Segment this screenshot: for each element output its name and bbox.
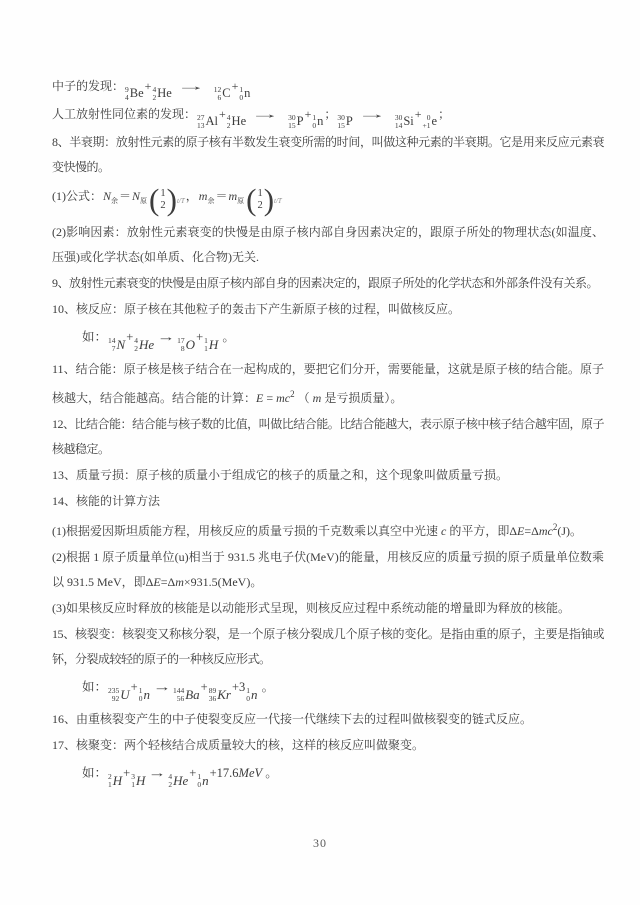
element-symbol: H bbox=[209, 338, 218, 351]
element-symbol: N bbox=[117, 338, 126, 351]
math-variable: MeV bbox=[239, 766, 263, 780]
nuclide-prescripts: 8936 bbox=[209, 687, 217, 702]
atomic-number: 7 bbox=[112, 345, 116, 353]
cjk-subscript: 原 bbox=[140, 197, 147, 205]
text-run: 。 bbox=[219, 330, 235, 344]
text-run: =Δ bbox=[524, 524, 538, 538]
para-16-chain-reaction: 16、由重核裂变产生的中子使裂变反应一代接一代继续下去的过程叫做核裂变的链式反应… bbox=[52, 707, 604, 732]
para-15-fission: 15、核裂变：核裂变又称核分裂，是一个原子核分裂成几个原子核的变化。是指由重的原… bbox=[52, 622, 604, 672]
document-page: 中子的发现：94Be+42He→126C+10n人工放射性同位素的发现：2713… bbox=[0, 0, 640, 905]
element-symbol: O bbox=[186, 338, 195, 351]
numerator: 1 bbox=[160, 188, 165, 200]
text-run: ， bbox=[186, 189, 198, 203]
text-run: +3 bbox=[232, 680, 245, 694]
text-run: 8、半衰期：放射性元素的原子核有半数发生衰变所需的时间，叫做这种元素的半衰期。它… bbox=[52, 135, 604, 174]
nuclide-prescripts: 23592 bbox=[108, 687, 119, 702]
long-arrow-icon: → bbox=[357, 102, 437, 127]
nuclide-al: 2713Al bbox=[197, 114, 218, 129]
nuclide-prescripts: 31 bbox=[131, 773, 135, 788]
close-paren: ) bbox=[167, 185, 177, 214]
open-paren: ( bbox=[246, 185, 256, 214]
nuclide-prescripts: 42 bbox=[134, 337, 138, 352]
denominator: 2 bbox=[257, 200, 262, 212]
text-run: + bbox=[126, 330, 133, 344]
cjk-subscript: 余 bbox=[111, 197, 118, 205]
atomic-number: 36 bbox=[209, 695, 217, 703]
nuclide-prescripts: 21 bbox=[108, 773, 112, 788]
text-run: 14、核能的计算方法 bbox=[52, 494, 160, 508]
nuclide-prescripts: 10 bbox=[197, 773, 201, 788]
atomic-number: 4 bbox=[125, 94, 129, 102]
element-symbol: Be bbox=[130, 87, 144, 100]
text-run: (J)。 bbox=[557, 524, 582, 538]
close-paren: ) bbox=[264, 185, 274, 214]
subscripted-variable: m余 bbox=[199, 184, 215, 214]
nuclide-prescripts: 94 bbox=[125, 86, 129, 101]
nuclide-n: 10n bbox=[139, 687, 150, 702]
eq-fission-example: 如：23592U+10n→14456Ba+8936Kr+310n 。 bbox=[82, 675, 604, 702]
math-variable: E bbox=[153, 575, 160, 589]
para-artificial-isotope-discovery: 人工放射性同位素的发现：2713Al+42He→3015P+10n；3015P→… bbox=[52, 102, 604, 129]
text-run: (1)公式： bbox=[52, 189, 102, 203]
math-variable: N bbox=[103, 189, 111, 203]
nuclide-prescripts: 42 bbox=[227, 114, 231, 129]
nuclide-prescripts: 42 bbox=[152, 86, 156, 101]
long-arrow-icon: → bbox=[250, 102, 330, 127]
math-variable: m bbox=[175, 575, 184, 589]
text-run: 16、由重核裂变产生的中子使裂变反应一代接一代继续下去的过程叫做核裂变的链式反应… bbox=[52, 712, 532, 726]
text-run: + bbox=[189, 766, 196, 780]
text-run: + bbox=[145, 79, 152, 93]
text-run: 13、质量亏损：原子核的质量小于组成它的核子的质量之和，这个现象叫做质量亏损。 bbox=[52, 468, 508, 482]
nuclide-h: 31H bbox=[131, 773, 145, 788]
one-half-fraction: 12 bbox=[256, 188, 263, 211]
text-run: 如： bbox=[82, 680, 107, 694]
text-run: 15、核裂变：核裂变又称核分裂，是一个原子核分裂成几个原子核的变化。是指由重的原… bbox=[52, 627, 604, 666]
atomic-number: 2 bbox=[227, 122, 231, 130]
atomic-number: 2 bbox=[152, 94, 156, 102]
arrow-icon: → bbox=[148, 761, 173, 786]
nuclide-p: 3015P bbox=[337, 114, 352, 129]
atomic-number: 1 bbox=[204, 345, 208, 353]
text-run: 中子的发现： bbox=[52, 79, 124, 93]
nuclide-prescripts: 147 bbox=[108, 337, 116, 352]
nuclide-prescripts: 10 bbox=[139, 687, 143, 702]
eq-fusion-example: 如：21H+31H→42He+10n+17.6MeV 。 bbox=[82, 761, 604, 788]
nuclide-prescripts: 11 bbox=[204, 337, 208, 352]
nuclide-h: 11H bbox=[204, 337, 218, 352]
math-variable: mc bbox=[539, 524, 553, 538]
element-symbol: n bbox=[251, 688, 258, 701]
element-symbol: H bbox=[136, 774, 145, 787]
numerator: 1 bbox=[257, 188, 262, 200]
text-run: =Δ bbox=[161, 575, 175, 589]
para-10-nuclear-reaction: 10、核反应：原子核在其他粒子的轰击下产生新原子核的过程，叫做核反应。 bbox=[52, 297, 604, 322]
text-run: 9、放射性元素衰变的快慢是由原子核内部自身的因素决定的，跟原子所处的化学状态和外… bbox=[52, 276, 598, 290]
nuclide-prescripts: 2713 bbox=[197, 114, 205, 129]
subscripted-variable: N余 bbox=[103, 184, 118, 214]
text-run: 如： bbox=[82, 766, 107, 780]
nuclide-prescripts: 10 bbox=[246, 687, 250, 702]
text-run: (2)根据 1 原子质量单位(u)相当于 931.5 兆电子伏(MeV)的能量，… bbox=[52, 550, 604, 589]
one-half-fraction: 12 bbox=[159, 188, 166, 211]
math-variable: mc bbox=[276, 391, 290, 405]
document-body: 中子的发现：94Be+42He→126C+10n人工放射性同位素的发现：2713… bbox=[52, 74, 604, 793]
atomic-number: 92 bbox=[112, 695, 120, 703]
nuclide-he: 42He bbox=[134, 337, 154, 352]
atomic-number: 0 bbox=[197, 781, 201, 789]
nuclide-h: 21H bbox=[108, 773, 122, 788]
nuclide-he: 42He bbox=[227, 114, 246, 129]
element-symbol: He bbox=[157, 87, 172, 100]
text-run: ×931.5(MeV)。 bbox=[184, 575, 262, 589]
text-run: 17、核聚变：两个轻核结合成质量较大的核，这样的核反应叫做聚变。 bbox=[52, 738, 424, 752]
cjk-subscript: 余 bbox=[207, 197, 214, 205]
para-neutron-discovery: 中子的发现：94Be+42He→126C+10n bbox=[52, 74, 604, 101]
text-run: + bbox=[196, 330, 203, 344]
math-variable: N bbox=[132, 189, 140, 203]
text-run: (3)如果核反应时释放的核能是以动能形式呈现，则核反应过程中系统动能的增量即为释… bbox=[52, 601, 570, 615]
nuclide-n: 147N bbox=[108, 337, 125, 352]
element-symbol: Al bbox=[206, 115, 219, 128]
text-run: 。 bbox=[259, 680, 275, 694]
half-power-expression: (12)t/T bbox=[246, 185, 282, 214]
element-symbol: He bbox=[173, 774, 188, 787]
nuclide-u: 23592U bbox=[108, 687, 130, 702]
text-run: 如： bbox=[82, 330, 107, 344]
text-run: (2)影响因素：放射性元素衰变的快慢是由原子核内部自身因素决定的，跟原子所处的物… bbox=[52, 225, 604, 264]
arrow-icon: → bbox=[157, 325, 182, 350]
nuclide-prescripts: 3015 bbox=[337, 114, 345, 129]
text-run: 人工放射性同位素的发现： bbox=[52, 107, 196, 121]
text-run: +17.6 bbox=[210, 766, 239, 780]
element-symbol: n bbox=[202, 774, 209, 787]
element-symbol: Kr bbox=[217, 688, 231, 701]
para-9-decay-rate: 9、放射性元素衰变的快慢是由原子核内部自身的因素决定的，跟原子所处的化学状态和外… bbox=[52, 271, 604, 296]
arrow-icon: → bbox=[153, 675, 178, 700]
text-run: (1)根据爱因斯坦质能方程，用核反应的质量亏损的千克数乘以真空中光速 bbox=[52, 524, 441, 538]
text-run: ＝ bbox=[215, 189, 227, 203]
para-12-specific-binding-energy: 12、比结合能：结合能与核子数的比值，叫做比结合能。比结合能越大，表示原子核中核… bbox=[52, 412, 604, 462]
para-13-mass-defect: 13、质量亏损：原子核的质量小于组成它的核子的质量之和，这个现象叫做质量亏损。 bbox=[52, 463, 604, 488]
subscripted-variable: m原 bbox=[228, 184, 244, 214]
para-14-nuclear-energy-methods: 14、核能的计算方法 bbox=[52, 489, 604, 514]
eq-nuclear-reaction-example: 如：147N+42He→178O+11H 。 bbox=[82, 325, 604, 352]
nuclide-n: 10n bbox=[246, 687, 257, 702]
element-symbol: U bbox=[120, 688, 129, 701]
para-14-method-3: (3)如果核反应时释放的核能是以动能形式呈现，则核反应过程中系统动能的增量即为释… bbox=[52, 596, 604, 621]
text-run: + bbox=[131, 680, 138, 694]
nuclide-he: 42He bbox=[152, 86, 171, 101]
denominator: 2 bbox=[160, 200, 165, 212]
math-variable: m bbox=[228, 189, 237, 203]
text-run: + bbox=[201, 680, 208, 694]
atomic-number: 1 bbox=[108, 781, 112, 789]
element-symbol: He bbox=[139, 338, 154, 351]
atomic-number: 13 bbox=[197, 122, 205, 130]
text-run: 的平方，即Δ bbox=[446, 524, 517, 538]
nuclide-n: 10n bbox=[197, 773, 208, 788]
element-symbol: n bbox=[143, 688, 150, 701]
para-17-fusion: 17、核聚变：两个轻核结合成质量较大的核，这样的核反应叫做聚变。 bbox=[52, 733, 604, 758]
atomic-number: 0 bbox=[139, 695, 143, 703]
text-run: = bbox=[263, 391, 276, 405]
cjk-subscript: 原 bbox=[237, 197, 244, 205]
atomic-number: 56 bbox=[177, 695, 185, 703]
nuclide-be: 94Be bbox=[125, 86, 144, 101]
element-symbol: H bbox=[113, 774, 122, 787]
para-half-life-formula: (1)公式：N余＝N原(12)t/T，m余＝m原(12)t/T bbox=[52, 184, 604, 214]
para-11-binding-energy: 11、结合能：原子核是核子结合在一起构成的，要把它们分开，需要能量，这就是原子核… bbox=[52, 357, 604, 411]
subscripted-variable: N原 bbox=[132, 184, 147, 214]
exponent: t/T bbox=[177, 189, 185, 214]
open-paren: ( bbox=[149, 185, 159, 214]
element-symbol: Ba bbox=[185, 688, 199, 701]
element-symbol: P bbox=[346, 115, 353, 128]
text-run: ； bbox=[438, 107, 450, 121]
para-8-half-life: 8、半衰期：放射性元素的原子核有半数发生衰变所需的时间，叫做这种元素的半衰期。它… bbox=[52, 130, 604, 180]
text-run: 是亏损质量）。 bbox=[321, 391, 402, 405]
atomic-number: 1 bbox=[131, 781, 135, 789]
exponent: t/T bbox=[274, 189, 282, 214]
nuclide-kr: 8936Kr bbox=[209, 687, 231, 702]
para-half-life-factors: (2)影响因素：放射性元素衰变的快慢是由原子核内部自身因素决定的，跟原子所处的物… bbox=[52, 220, 604, 270]
text-run: （ bbox=[295, 391, 313, 405]
half-power-expression: (12)t/T bbox=[149, 185, 185, 214]
text-run: 。 bbox=[262, 766, 278, 780]
atomic-number: 2 bbox=[134, 345, 138, 353]
atomic-number: 15 bbox=[337, 122, 345, 130]
para-14-method-1: (1)根据爱因斯坦质能方程，用核反应的质量亏损的千克数乘以真空中光速 c 的平方… bbox=[52, 515, 604, 544]
text-run: + bbox=[123, 766, 130, 780]
text-run: + bbox=[219, 107, 226, 121]
element-symbol: He bbox=[232, 115, 247, 128]
atomic-number: 0 bbox=[246, 695, 250, 703]
text-run: 10、核反应：原子核在其他粒子的轰击下产生新原子核的过程，叫做核反应。 bbox=[52, 302, 460, 316]
text-run: ＝ bbox=[119, 189, 131, 203]
long-arrow-icon: → bbox=[176, 74, 256, 99]
page-number: 30 bbox=[0, 836, 640, 851]
text-run: 12、比结合能：结合能与核子数的比值，叫做比结合能。比结合能越大，表示原子核中核… bbox=[52, 417, 604, 456]
para-14-method-2: (2)根据 1 原子质量单位(u)相当于 931.5 兆电子伏(MeV)的能量，… bbox=[52, 545, 604, 595]
